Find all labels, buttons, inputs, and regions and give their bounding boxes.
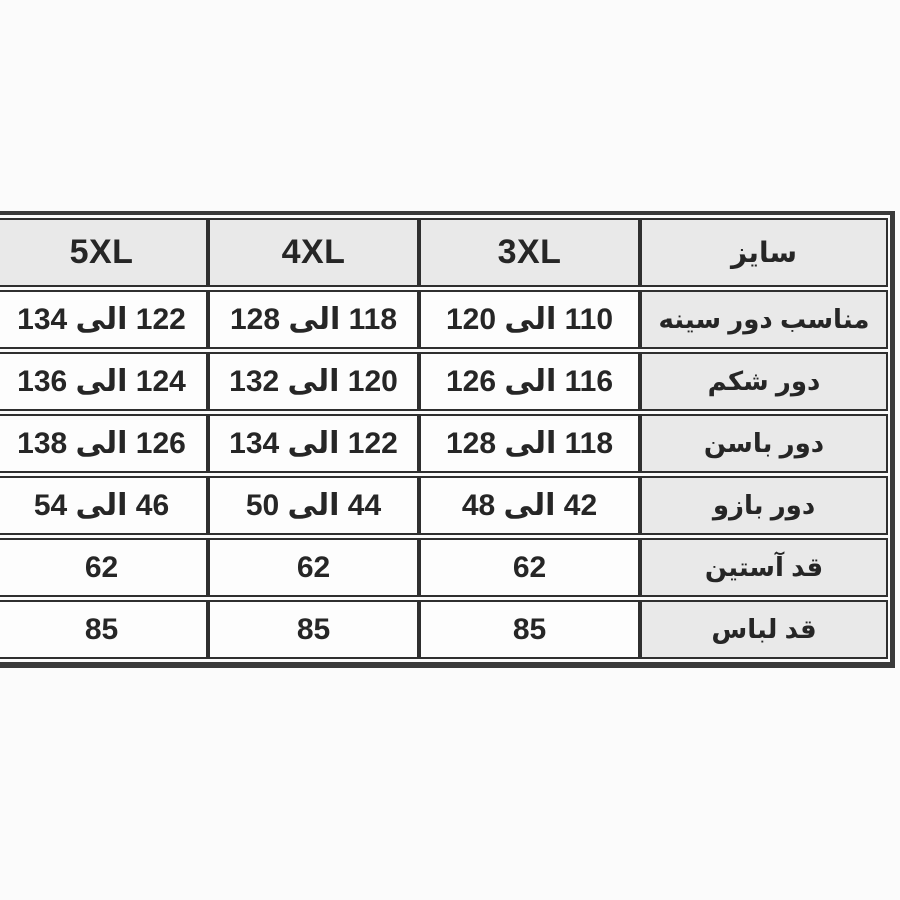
value-cell-3xl: 110 الی 120 [419, 290, 640, 349]
value-cell-4xl: 44 الی 50 [208, 476, 419, 535]
value-cell-5xl: 85 [0, 600, 208, 659]
table-row: قد آستین626262 [0, 538, 888, 597]
header-cell-5xl: 5XL [0, 218, 208, 287]
header-cell-3xl: 3XL [419, 218, 640, 287]
table-row: دور باسن118 الی 128122 الی 134126 الی 13… [0, 414, 888, 473]
value-cell-4xl: 85 [208, 600, 419, 659]
table-header-row: سایز3XL4XL5XL [0, 218, 888, 287]
value-cell-3xl: 42 الی 48 [419, 476, 640, 535]
table-row: مناسب دور سینه110 الی 120118 الی 128122 … [0, 290, 888, 349]
value-cell-5xl: 126 الی 138 [0, 414, 208, 473]
value-cell-5xl: 62 [0, 538, 208, 597]
header-cell-4xl: 4XL [208, 218, 419, 287]
value-cell-5xl: 124 الی 136 [0, 352, 208, 411]
table-row: قد لباس858585 [0, 600, 888, 659]
header-cell-size: سایز [640, 218, 888, 287]
value-cell-3xl: 116 الی 126 [419, 352, 640, 411]
value-cell-4xl: 62 [208, 538, 419, 597]
value-cell-4xl: 120 الی 132 [208, 352, 419, 411]
row-label-cell: دور بازو [640, 476, 888, 535]
value-cell-4xl: 118 الی 128 [208, 290, 419, 349]
value-cell-3xl: 118 الی 128 [419, 414, 640, 473]
value-cell-3xl: 62 [419, 538, 640, 597]
row-label-cell: قد آستین [640, 538, 888, 597]
value-cell-5xl: 46 الی 54 [0, 476, 208, 535]
table-row: دور بازو42 الی 4844 الی 5046 الی 54 [0, 476, 888, 535]
page: سایز3XL4XL5XLمناسب دور سینه110 الی 12011… [0, 0, 900, 900]
row-label-cell: مناسب دور سینه [640, 290, 888, 349]
value-cell-4xl: 122 الی 134 [208, 414, 419, 473]
value-cell-5xl: 122 الی 134 [0, 290, 208, 349]
table-row: دور شکم116 الی 126120 الی 132124 الی 136 [0, 352, 888, 411]
row-label-cell: دور باسن [640, 414, 888, 473]
row-label-cell: دور شکم [640, 352, 888, 411]
value-cell-3xl: 85 [419, 600, 640, 659]
row-label-cell: قد لباس [640, 600, 888, 659]
size-chart-table: سایز3XL4XL5XLمناسب دور سینه110 الی 12011… [0, 211, 895, 668]
